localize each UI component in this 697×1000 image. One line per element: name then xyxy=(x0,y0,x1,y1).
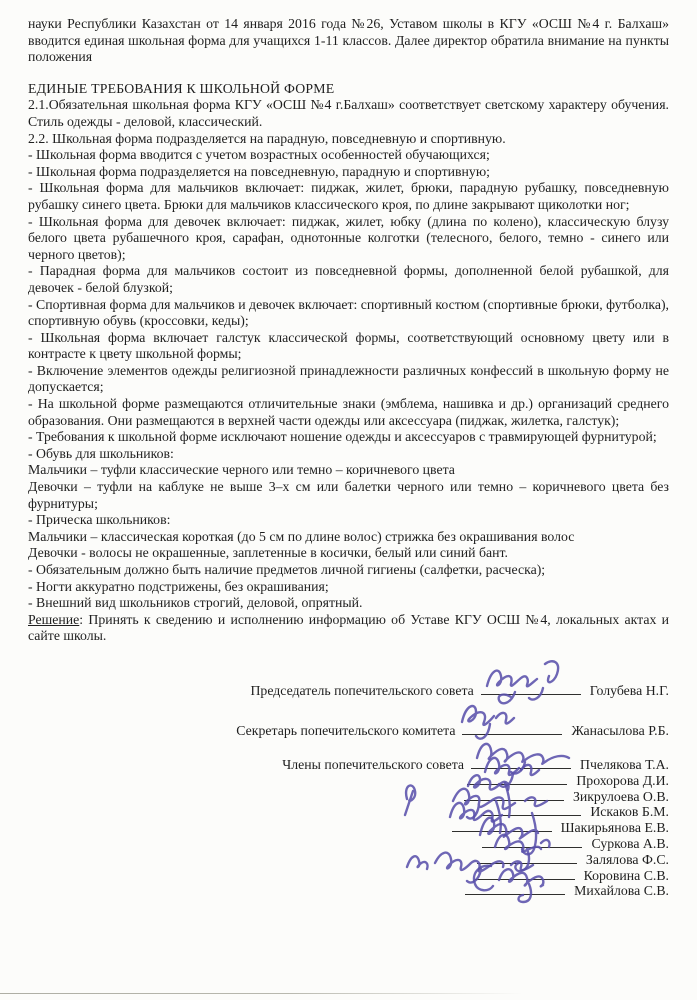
body-paragraph: 2.2. Школьная форма подразделяется на па… xyxy=(28,131,669,148)
body-paragraph: - Школьная форма подразделяется на повсе… xyxy=(28,164,669,181)
body-paragraph: Девочки – туфли на каблуке не выше 3–х с… xyxy=(28,479,669,512)
body-paragraph: Мальчики – классическая короткая (до 5 с… xyxy=(28,529,669,546)
body-paragraph: - Школьная форма включает галстук класси… xyxy=(28,330,669,363)
body-paragraph: - Спортивная форма для мальчиков и девоч… xyxy=(28,297,669,330)
document-body: науки Республики Казахстан от 14 января … xyxy=(28,16,669,897)
scanned-document-page: науки Республики Казахстан от 14 января … xyxy=(0,0,697,1000)
body-paragraph: - Прическа школьников: xyxy=(28,512,669,529)
signature-row: Михайлова С.В. xyxy=(28,881,669,897)
body-paragraph: - Внешний вид школьников строгий, делово… xyxy=(28,595,669,612)
resolution-paragraph: Решение: Принять к сведению и исполнению… xyxy=(28,612,669,645)
scan-artifact-line xyxy=(0,993,523,994)
body-paragraph: - Ногти аккуратно подстрижены, без окраш… xyxy=(28,579,669,596)
body-paragraph: - Включение элементов одежды религиозной… xyxy=(28,363,669,396)
signature-ink-icon xyxy=(455,852,585,908)
intro-paragraph: науки Республики Казахстан от 14 января … xyxy=(28,16,669,66)
signer-name: Голубева Н.Г. xyxy=(590,683,669,699)
body-paragraph: 2.1.Обязательная школьная форма КГУ «ОСШ… xyxy=(28,97,669,130)
body-paragraph: - Парадная форма для мальчиков состоит и… xyxy=(28,263,669,296)
body-paragraph: - Требования к школьной форме исключают … xyxy=(28,429,669,446)
signer-name: Пчелякова Т.А. xyxy=(580,757,669,773)
body-paragraph: Мальчики – туфли классические черного ил… xyxy=(28,462,669,479)
body-paragraph: - Школьная форма для мальчиков включает:… xyxy=(28,180,669,213)
signature-role: Председатель попечительского совета xyxy=(250,683,473,699)
body-paragraph: - Школьная форма вводится с учетом возра… xyxy=(28,147,669,164)
section-heading: ЕДИНЫЕ ТРЕБОВАНИЯ К ШКОЛЬНОЙ ФОРМЕ xyxy=(28,81,669,98)
signature-line xyxy=(465,881,565,895)
signer-name: Суркова А.В. xyxy=(591,836,669,852)
body-paragraph: - На школьной форме размещаются отличите… xyxy=(28,396,669,429)
body-paragraph: - Обувь для школьников: xyxy=(28,446,669,463)
signature-block: Председатель попечительского совета Голу… xyxy=(28,681,669,897)
body-paragraph: Девочки - волосы не окрашенные, заплетен… xyxy=(28,545,669,562)
body-paragraph: - Школьная форма для девочек включает: п… xyxy=(28,214,669,264)
resolution-text: : Принять к сведению и исполнению информ… xyxy=(28,612,669,644)
signature-role: Секретарь попечительского комитета xyxy=(236,723,455,739)
signature-role: Члены попечительского совета xyxy=(282,757,464,773)
body-paragraph: - Обязательным должно быть наличие предм… xyxy=(28,562,669,579)
resolution-label: Решение xyxy=(28,612,79,627)
